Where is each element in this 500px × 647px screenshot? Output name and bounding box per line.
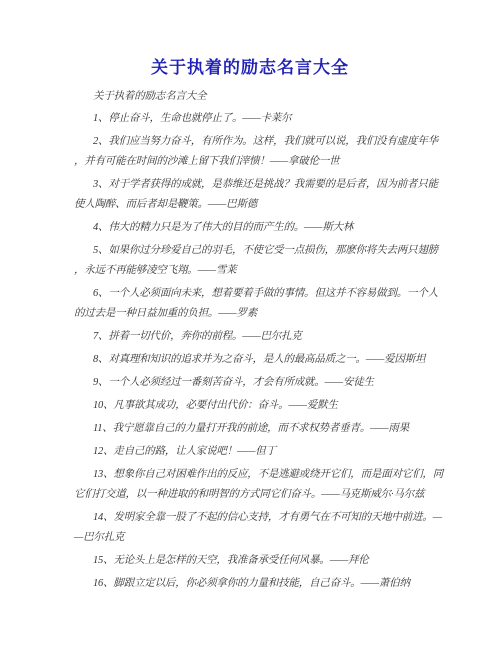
quote-paragraph-9: 9、一个人必须经过一番刻苦奋斗，才会有所成就。——安徒生 (74, 373, 450, 393)
quote-paragraph-16: 16、脚跟立定以后，你必须拿你的力量和技能，自己奋斗。——萧伯纳 (74, 574, 450, 594)
quote-paragraph-3: 3、对于学者获得的成就，是恭维还是挑战？我需要的是后者，因为前者只能 使人陶醉、… (74, 175, 450, 215)
document-page: 关于执着的励志名言大全 关于执着的励志名言大全 1、停止奋斗，生命也就停止了。—… (0, 0, 500, 647)
quote-paragraph-15: 15、无论头上是怎样的天空，我准备承受任何风暴。——拜伦 (74, 551, 450, 571)
quote-paragraph-13: 13、想象你自己对困难作出的反应，不是逃避或绕开它们，而是面对它们，同 它们打交… (74, 465, 450, 505)
page-title: 关于执着的励志名言大全 (0, 0, 500, 79)
quote-paragraph-7: 7、拼着一切代价，奔你的前程。——巴尔扎克 (74, 327, 450, 347)
quote-paragraph-6: 6、一个人必须面向未来，想着要着手做的事情。但这并不容易做到。一个人 的过去是一… (74, 284, 450, 324)
quote-paragraph-2: 2、我们应当努力奋斗，有所作为。这样，我们就可以说，我们没有虚度年华 ，并有可能… (74, 132, 450, 172)
quote-paragraph-8: 8、对真理和知识的追求并为之奋斗，是人的最高品质之一。——爱因斯坦 (74, 350, 450, 370)
quote-paragraph-5: 5、如果你过分珍爱自己的羽毛，不使它受一点损伤，那麽你将失去两只翅膀 ，永远不再… (74, 241, 450, 281)
subtitle: 关于执着的励志名言大全 (74, 87, 450, 107)
quote-paragraph-10: 10、凡事欲其成功，必要付出代价：奋斗。——爱默生 (74, 396, 450, 416)
quote-paragraph-1: 1、停止奋斗，生命也就停止了。——卡莱尔 (74, 109, 450, 129)
quote-paragraph-12: 12、走自己的路，让人家说吧！——但丁 (74, 442, 450, 462)
quote-paragraph-14: 14、发明家全靠一股了不起的信心支持，才有勇气在不可知的天地中前进。— —巴尔扎… (74, 508, 450, 548)
document-body: 关于执着的励志名言大全 1、停止奋斗，生命也就停止了。——卡莱尔 2、我们应当努… (74, 87, 450, 594)
quote-paragraph-4: 4、伟大的精力只是为了伟大的目的而产生的。——斯大林 (74, 218, 450, 238)
quote-paragraph-11: 11、我宁愿靠自己的力量打开我的前途，而不求权势者垂青。——雨果 (74, 419, 450, 439)
